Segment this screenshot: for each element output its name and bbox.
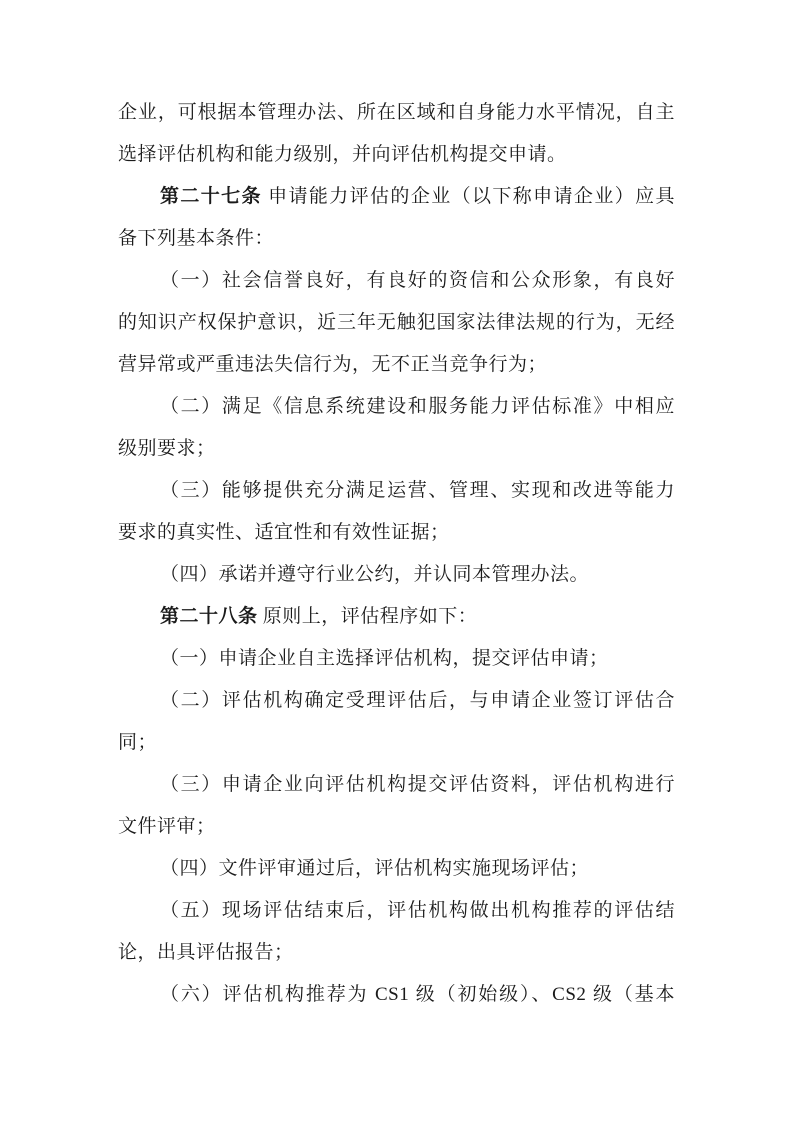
text-line: （四）文件评审通过后，评估机构实施现场评估； [118, 848, 675, 890]
document-page: 企业，可根据本管理办法、所在区域和自身能力水平情况，自主选择评估机构和能力级别，… [0, 0, 793, 1122]
body-text: （二）评估机构确定受理评估后，与申请企业签订评估合 [160, 690, 675, 711]
body-text: （三）能够提供充分满足运营、管理、实现和改进等能力 [160, 480, 675, 501]
body-text: 要求的真实性、适宜性和有效性证据； [118, 522, 450, 543]
body-text: （一）社会信誉良好，有良好的资信和公众形象，有良好 [160, 270, 675, 291]
text-line: （二）评估机构确定受理评估后，与申请企业签订评估合 [118, 680, 675, 722]
text-line: 备下列基本条件： [118, 218, 675, 260]
article-heading-text: 第二十七条 [160, 186, 262, 207]
text-line: （五）现场评估结束后，评估机构做出机构推荐的评估结 [118, 890, 675, 932]
text-line: （一）社会信誉良好，有良好的资信和公众形象，有良好 [118, 260, 675, 302]
text-line: 同； [118, 722, 675, 764]
text-line: 的知识产权保护意识，近三年无触犯国家法律法规的行为，无经 [118, 302, 675, 344]
body-text: （六）评估机构推荐为 CS1 级（初始级）、CS2 级（基本 [160, 984, 675, 1005]
body-text: （四）文件评审通过后，评估机构实施现场评估； [160, 858, 589, 879]
text-line: 文件评审； [118, 806, 675, 848]
body-text: （三）申请企业向评估机构提交评估资料，评估机构进行 [160, 774, 675, 795]
body-text: 营异常或严重违法失信行为，无不正当竞争行为； [118, 354, 547, 375]
body-text: 文件评审； [118, 816, 216, 837]
body-text: 选择评估机构和能力级别，并向评估机构提交申请。 [118, 144, 567, 165]
text-line: （六）评估机构推荐为 CS1 级（初始级）、CS2 级（基本 [118, 974, 675, 1016]
text-line: （四）承诺并遵守行业公约，并认同本管理办法。 [118, 554, 675, 596]
body-text: （四）承诺并遵守行业公约，并认同本管理办法。 [160, 564, 589, 585]
text-line: 第二十七条 申请能力评估的企业（以下称申请企业）应具 [118, 176, 675, 218]
text-line: 要求的真实性、适宜性和有效性证据； [118, 512, 675, 554]
text-line: 企业，可根据本管理办法、所在区域和自身能力水平情况，自主 [118, 92, 675, 134]
body-text: 备下列基本条件： [118, 228, 274, 249]
text-line: 论，出具评估报告； [118, 932, 675, 974]
body-text: （一）申请企业自主选择评估机构，提交评估申请； [160, 648, 609, 669]
body-text: 原则上，评估程序如下： [258, 606, 478, 627]
body-text: 级别要求； [118, 438, 216, 459]
text-line: （二）满足《信息系统建设和服务能力评估标准》中相应 [118, 386, 675, 428]
body-text: 的知识产权保护意识，近三年无触犯国家法律法规的行为，无经 [118, 312, 675, 333]
article-heading-text: 第二十八条 [160, 606, 258, 627]
body-text: 论，出具评估报告； [118, 942, 294, 963]
text-line: （三）能够提供充分满足运营、管理、实现和改进等能力 [118, 470, 675, 512]
body-text: 申请能力评估的企业（以下称申请企业）应具 [262, 186, 675, 207]
text-line: 营异常或严重违法失信行为，无不正当竞争行为； [118, 344, 675, 386]
text-line: （三）申请企业向评估机构提交评估资料，评估机构进行 [118, 764, 675, 806]
body-text: 同； [118, 732, 157, 753]
body-text: （二）满足《信息系统建设和服务能力评估标准》中相应 [160, 396, 675, 417]
body-text: （五）现场评估结束后，评估机构做出机构推荐的评估结 [160, 900, 675, 921]
text-line: 级别要求； [118, 428, 675, 470]
text-line: 第二十八条 原则上，评估程序如下： [118, 596, 675, 638]
text-line: 选择评估机构和能力级别，并向评估机构提交申请。 [118, 134, 675, 176]
body-text: 企业，可根据本管理办法、所在区域和自身能力水平情况，自主 [118, 102, 675, 123]
text-line: （一）申请企业自主选择评估机构，提交评估申请； [118, 638, 675, 680]
document-body: 企业，可根据本管理办法、所在区域和自身能力水平情况，自主选择评估机构和能力级别，… [118, 92, 675, 1016]
